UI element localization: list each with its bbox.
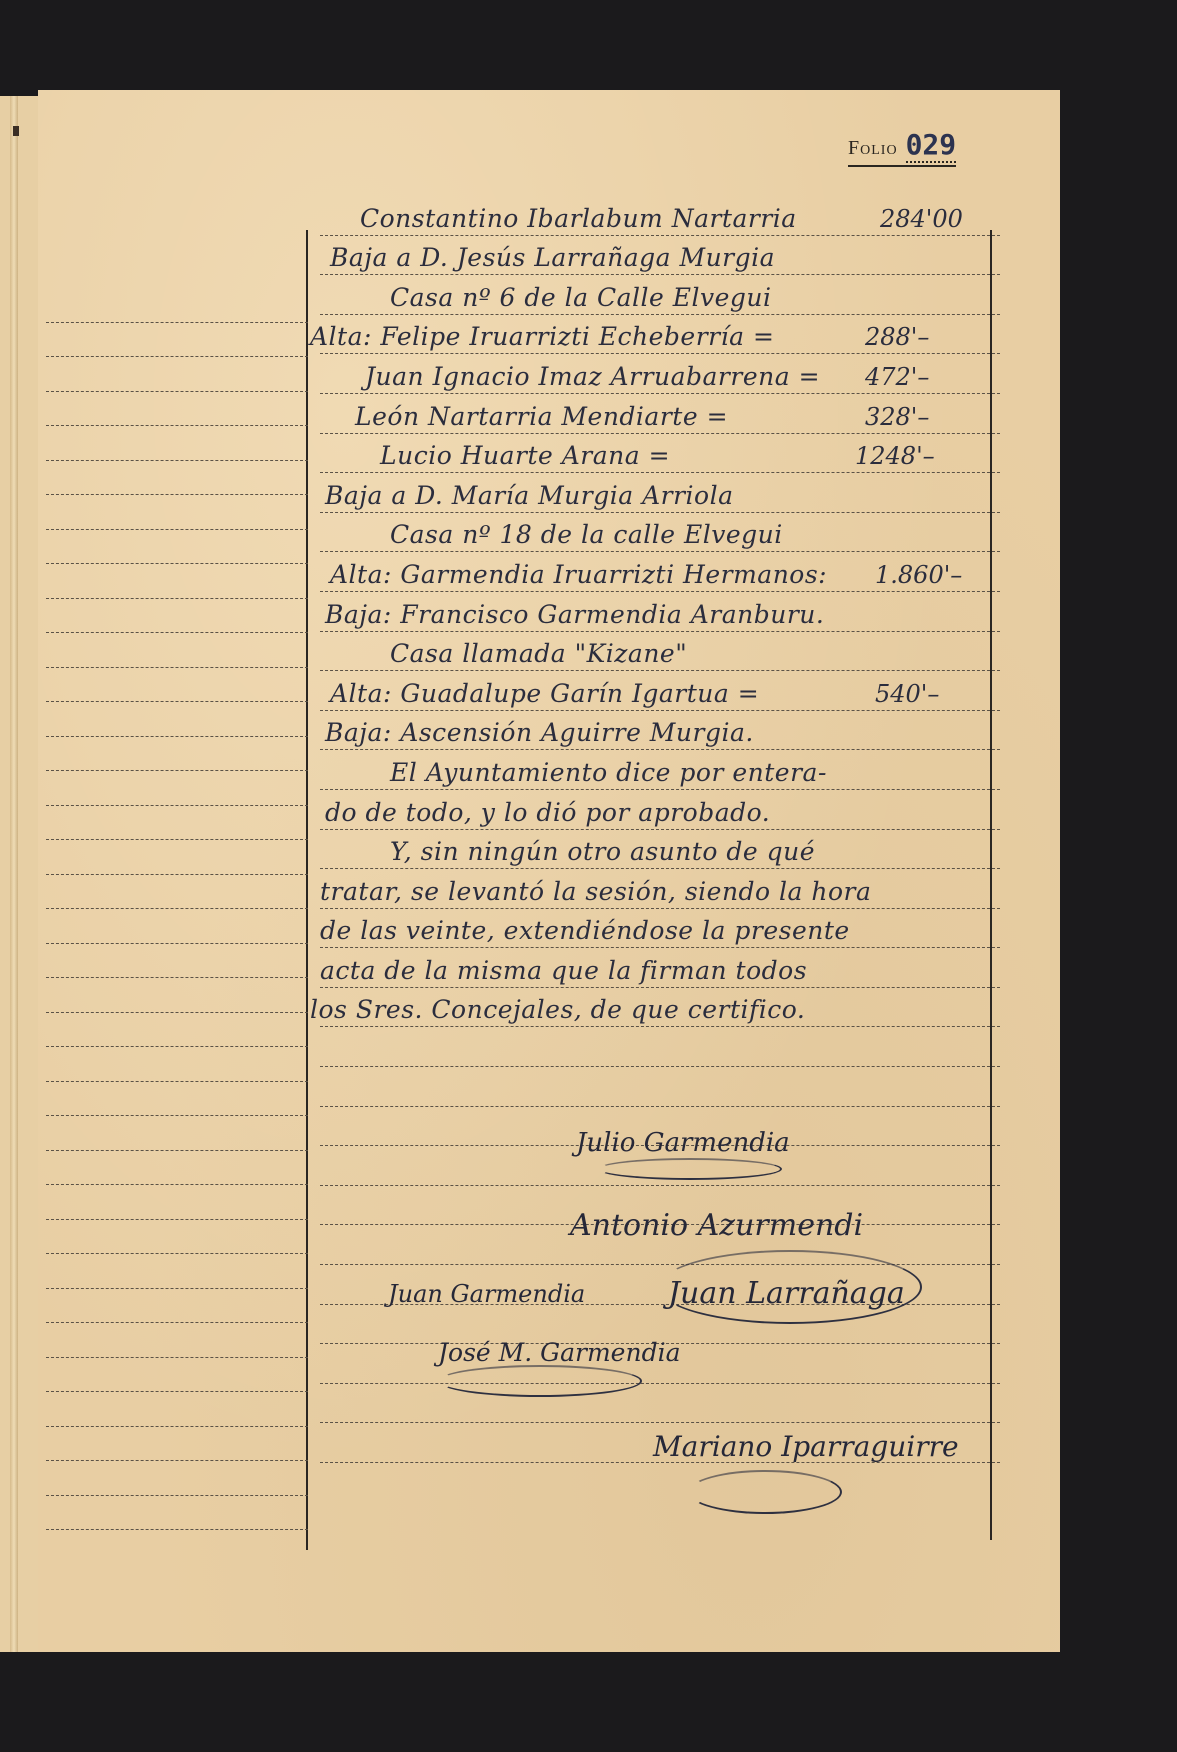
signature-flourish (598, 1158, 782, 1180)
entry-line: Alta: Garmendia Iruarrizti Hermanos: 1.8… (320, 552, 1000, 592)
entry-line: León Nartarria Mendiarte = 328'– (320, 394, 1000, 434)
amount: 284'00 (880, 205, 963, 233)
entry-line: Alta: Felipe Iruarrizti Echeberría = 288… (320, 315, 1000, 355)
amount: 1248'– (855, 442, 935, 470)
folio-label: Folio (848, 137, 898, 160)
entry-line: Casa nº 6 de la Calle Elvegui (320, 275, 1000, 315)
entry-line: los Sres. Concejales, de que certifico. (320, 988, 1000, 1028)
amount: 328'– (865, 403, 929, 431)
entry-line: Y, sin ningún otro asunto de qué (320, 830, 1000, 870)
entry-line: Baja: Francisco Garmendia Aranburu. (320, 592, 1000, 632)
signature: Antonio Azurmendi (570, 1208, 863, 1243)
entry-line: do de todo, y lo dió por aprobado. (320, 790, 1000, 830)
entry-line: Baja a D. Jesús Larrañaga Murgia (320, 236, 1000, 276)
signature-flourish (688, 1470, 842, 1514)
margin-ruled-lines (46, 288, 308, 1530)
folio-number: 029 (906, 128, 957, 163)
entry-line: Baja a D. María Murgia Arriola (320, 473, 1000, 513)
signature: Mariano Iparraguirre (653, 1430, 959, 1463)
book-spine (10, 96, 18, 1652)
entry-line: de las veinte, extendiéndose la presente (320, 909, 1000, 949)
entry-line: Alta: Guadalupe Garín Igartua = 540'– (320, 671, 1000, 711)
signature: José M. Garmendia (438, 1338, 680, 1367)
amount: 1.860'– (875, 561, 962, 589)
signature-flourish (658, 1250, 922, 1324)
entry-line: acta de la misma que la firman todos (320, 948, 1000, 988)
signature-flourish (438, 1365, 642, 1397)
signature: Juan Garmendia (388, 1280, 585, 1308)
folio-header: Folio 029 (848, 128, 956, 167)
amount: 472'– (865, 363, 929, 391)
entry-line: Casa nº 18 de la calle Elvegui (320, 513, 1000, 553)
entry-line: tratar, se levantó la sesión, siendo la … (320, 869, 1000, 909)
entry-line: Baja: Ascensión Aguirre Murgia. (320, 711, 1000, 751)
entry-line: El Ayuntamiento dice por entera- (320, 750, 1000, 790)
amount: 288'– (865, 323, 929, 351)
binding-mark (13, 126, 19, 136)
previous-page-edge (0, 96, 42, 1652)
amount: 540'– (875, 680, 939, 708)
entry-line: Juan Ignacio Imaz Arruabarrena = 472'– (320, 354, 1000, 394)
entry-line: Lucio Huarte Arana = 1248'– (320, 434, 1000, 474)
ledger-page: Folio 029 Constantino Ibarlabum Nartarri… (38, 90, 1060, 1652)
signature: Julio Garmendia (576, 1128, 790, 1158)
entry-line: Casa llamada "Kizane" (320, 632, 1000, 672)
entry-line: Constantino Ibarlabum Nartarria 284'00 (320, 196, 1000, 236)
